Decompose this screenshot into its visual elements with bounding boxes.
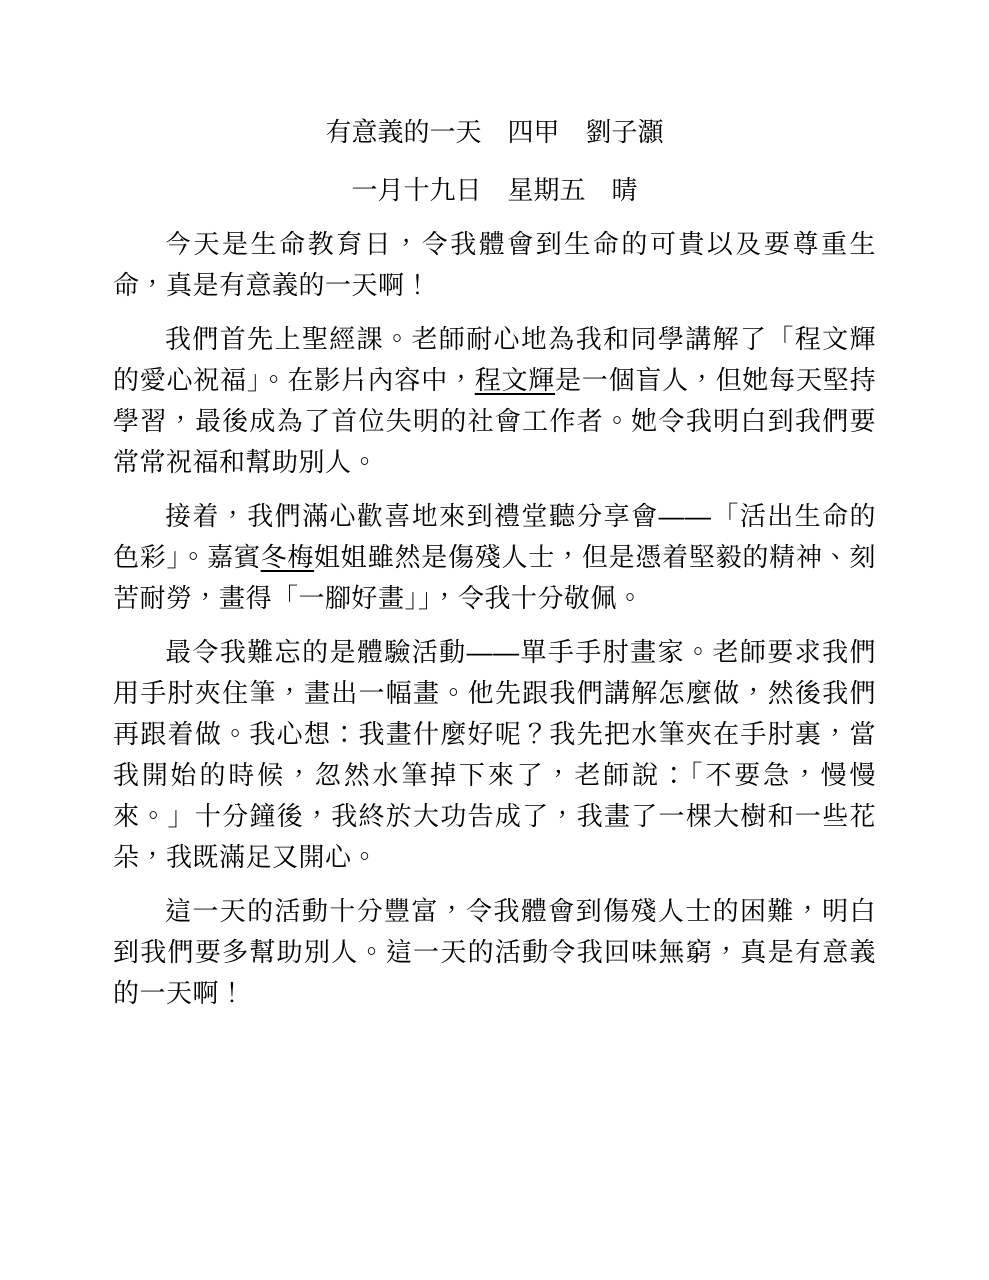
paragraph-bible-class: 我們首先上聖經課。老師耐心地為我和同學講解了「程文輝的愛心祝福」。在影片內容中，… [113, 319, 876, 483]
proper-noun-tung-mui: 冬梅 [261, 542, 315, 572]
document-page: 有意義的一天 四甲 劉子灝 一月十九日 星期五 晴 今天是生命教育日，令我體會到… [0, 0, 989, 1280]
essay-date-line: 一月十九日 星期五 晴 [113, 172, 876, 208]
paragraph-sharing-session: 接着，我們滿心歡喜地來到禮堂聽分享會——「活出生命的色彩」。嘉賓冬梅姐姐雖然是傷… [113, 496, 876, 619]
essay-body: 今天是生命教育日，令我體會到生命的可貴以及要尊重生命，真是有意義的一天啊！ 我們… [113, 224, 876, 1014]
proper-noun-ching-man-fai: 程文輝 [475, 365, 555, 395]
essay-title: 有意義的一天 四甲 劉子灝 [113, 114, 876, 150]
paragraph-elbow-painting: 最令我難忘的是體驗活動——單手手肘畫家。老師要求我們用手肘夾住筆，畫出一幅畫。他… [113, 632, 876, 878]
paragraph-conclusion-text: 這一天的活動十分豐富，令我體會到傷殘人士的困難，明白到我們要多幫助別人。這一天的… [113, 896, 876, 1008]
paragraph-conclusion: 這一天的活動十分豐富，令我體會到傷殘人士的困難，明白到我們要多幫助別人。這一天的… [113, 891, 876, 1014]
paragraph-elbow-painting-text: 最令我難忘的是體驗活動——單手手肘畫家。老師要求我們用手肘夾住筆，畫出一幅畫。他… [113, 637, 876, 872]
paragraph-intro: 今天是生命教育日，令我體會到生命的可貴以及要尊重生命，真是有意義的一天啊！ [113, 224, 876, 306]
paragraph-intro-text: 今天是生命教育日，令我體會到生命的可貴以及要尊重生命，真是有意義的一天啊！ [113, 229, 876, 300]
